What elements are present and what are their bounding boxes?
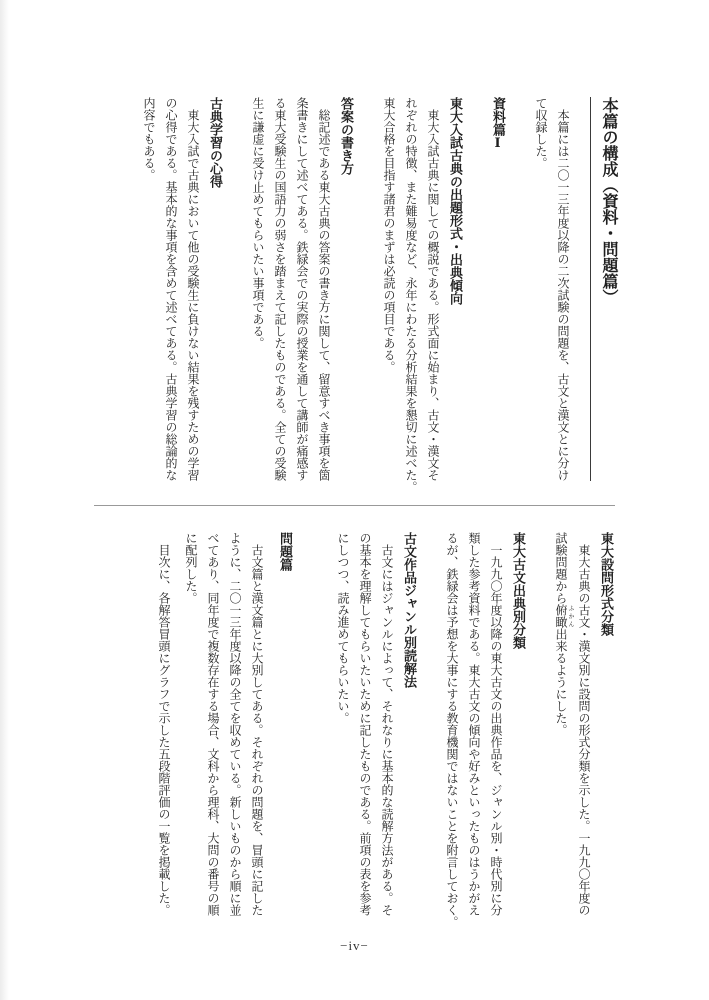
text-line: 生に謙虚に受け止めてもらいたい事項である。: [247, 97, 269, 481]
section-body-genre-dokkai: 古文にはジャンルによって、それなりに基本的な読解方法がある。その基本を理解しても…: [332, 532, 398, 916]
section-heading-genre-dokkai: 古文作品ジャンル別読解法: [398, 532, 420, 916]
section-heading-setsumon-bunrui: 東大設問形式分類: [595, 532, 617, 916]
bottom-section: 東大設問形式分類 東大古典の古文・漢文別に設問の形式分類を示した。一九九〇年度の…: [153, 532, 617, 916]
text-line: るが、鉄緑会は予想を大事にする教育機関ではないことを附言しておく。: [441, 532, 463, 916]
text-line: 内容でもある。: [138, 97, 160, 481]
text-line: 総記述である東大古典の答案の書き方に関して、留意すべき事項を箇: [313, 97, 335, 481]
mondaihen-paragraph-2: 目次に、各解答冒頭にグラフで示した五段階評価の一覧を掲載した。: [153, 532, 175, 916]
document-page: 本篇の構成（資料・問題篇） 本篇には二〇一三年度以降の二次試験の問題を、古文と漢…: [0, 0, 709, 1000]
section-heading-touan-kakikata: 答案の書き方: [335, 97, 357, 481]
text-line: べてあり、同年度で複数存在する場合、文科から理科、大問の番号の順: [202, 532, 224, 916]
text-line: 東大合格を目指す諸君のまずは必読の項目である。: [378, 97, 400, 481]
section-body-touan-kakikata: 総記述である東大古典の答案の書き方に関して、留意すべき事項を箇条書きにして述べて…: [247, 97, 335, 481]
text-line: 目次に、各解答冒頭にグラフで示した五段階評価の一覧を掲載した。: [153, 532, 175, 916]
mondaihen-paragraph-1: 古文篇と漢文篇とに大別してある。それぞれの問題を、冒頭に記したように、二〇一三年…: [180, 532, 268, 916]
page-title: 本篇の構成（資料・問題篇）: [590, 97, 621, 481]
intro-paragraph: 本篇には二〇一三年度以降の二次試験の問題を、古文と漢文とに分けて収録した。: [530, 97, 574, 481]
text-line: ように、二〇一三年度以降の全てを収めている。新しいものから順に並: [224, 532, 246, 916]
text-line: 東大入試古典に関しての概説である。形式面に始まり、古文・漢文そ: [422, 97, 444, 481]
text-line: 古文篇と漢文篇とに大別してある。それぞれの問題を、冒頭に記した: [246, 532, 268, 916]
part-heading-shiryouhen: 資料篇Ⅰ: [487, 97, 509, 481]
section-body-shutten-bunrui: 一九九〇年度以降の東大古文の出典作品を、ジャンル別・時代別に分類した参考資料であ…: [441, 532, 507, 916]
text-line: にしつつ、読み進めてもらいたい。: [332, 532, 354, 916]
part-heading-mondaihen: 問題篇: [274, 532, 296, 916]
section-body-shutsudai-keishiki: 東大入試古典に関しての概説である。形式面に始まり、古文・漢文それぞれの特徴、また…: [378, 97, 444, 481]
section-body-koten-gakushuu: 東大入試で古典において他の受験生に負けない結果を残すための学習の心得である。基本…: [138, 97, 204, 481]
text-line: 条書きにして述べてある。鉄緑会での実際の授業を通して講師が痛感す: [291, 97, 313, 481]
text-line: の基本を理解してもらいたいために記したものである。前項の表を参考: [354, 532, 376, 916]
text-line: 東大古典の古文・漢文別に設問の形式分類を示した。一九九〇年度の: [573, 532, 595, 916]
top-section: 本篇の構成（資料・問題篇） 本篇には二〇一三年度以降の二次試験の問題を、古文と漢…: [138, 97, 621, 481]
text-line: 東大入試で古典において他の受験生に負けない結果を残すための学習: [182, 97, 204, 481]
text-line: 試験問題から俯瞰ふかん出来るようにした。: [550, 532, 573, 916]
text-line: る東大受験生の国語力の弱さを踏まえて記したものである。全ての受験: [269, 97, 291, 481]
text-line: の心得である。基本的な事項を含めて述べてある。古典学習の総論的な: [160, 97, 182, 481]
page-number: −iv−: [0, 938, 709, 954]
section-heading-shutten-bunrui: 東大古文出典別分類: [507, 532, 529, 916]
text-line: れぞれの特徴、また難易度など、永年にわたる分析結果を懇切に述べた。: [400, 97, 422, 481]
furigana-ruby: 俯瞰ふかん: [554, 604, 568, 628]
text-line: に配列した。: [180, 532, 202, 916]
section-heading-shutsudai-keishiki: 東大入試古典の出題形式・出典傾向: [444, 97, 466, 481]
text-line: 古文にはジャンルによって、それなりに基本的な読解方法がある。そ: [376, 532, 398, 916]
text-line: 一九九〇年度以降の東大古文の出典作品を、ジャンル別・時代別に分: [485, 532, 507, 916]
text-line: 本篇には二〇一三年度以降の二次試験の問題を、古文と漢文とに分け: [552, 97, 574, 481]
text-line: 類した参考資料である。東大古文の傾向や好みといったものはうかがえ: [463, 532, 485, 916]
section-body-setsumon-bunrui: 東大古典の古文・漢文別に設問の形式分類を示した。一九九〇年度の試験問題から俯瞰ふ…: [550, 532, 595, 916]
text-line: て収録した。: [530, 97, 552, 481]
section-heading-koten-gakushuu: 古典学習の心得: [204, 97, 226, 481]
section-divider: [94, 505, 615, 506]
